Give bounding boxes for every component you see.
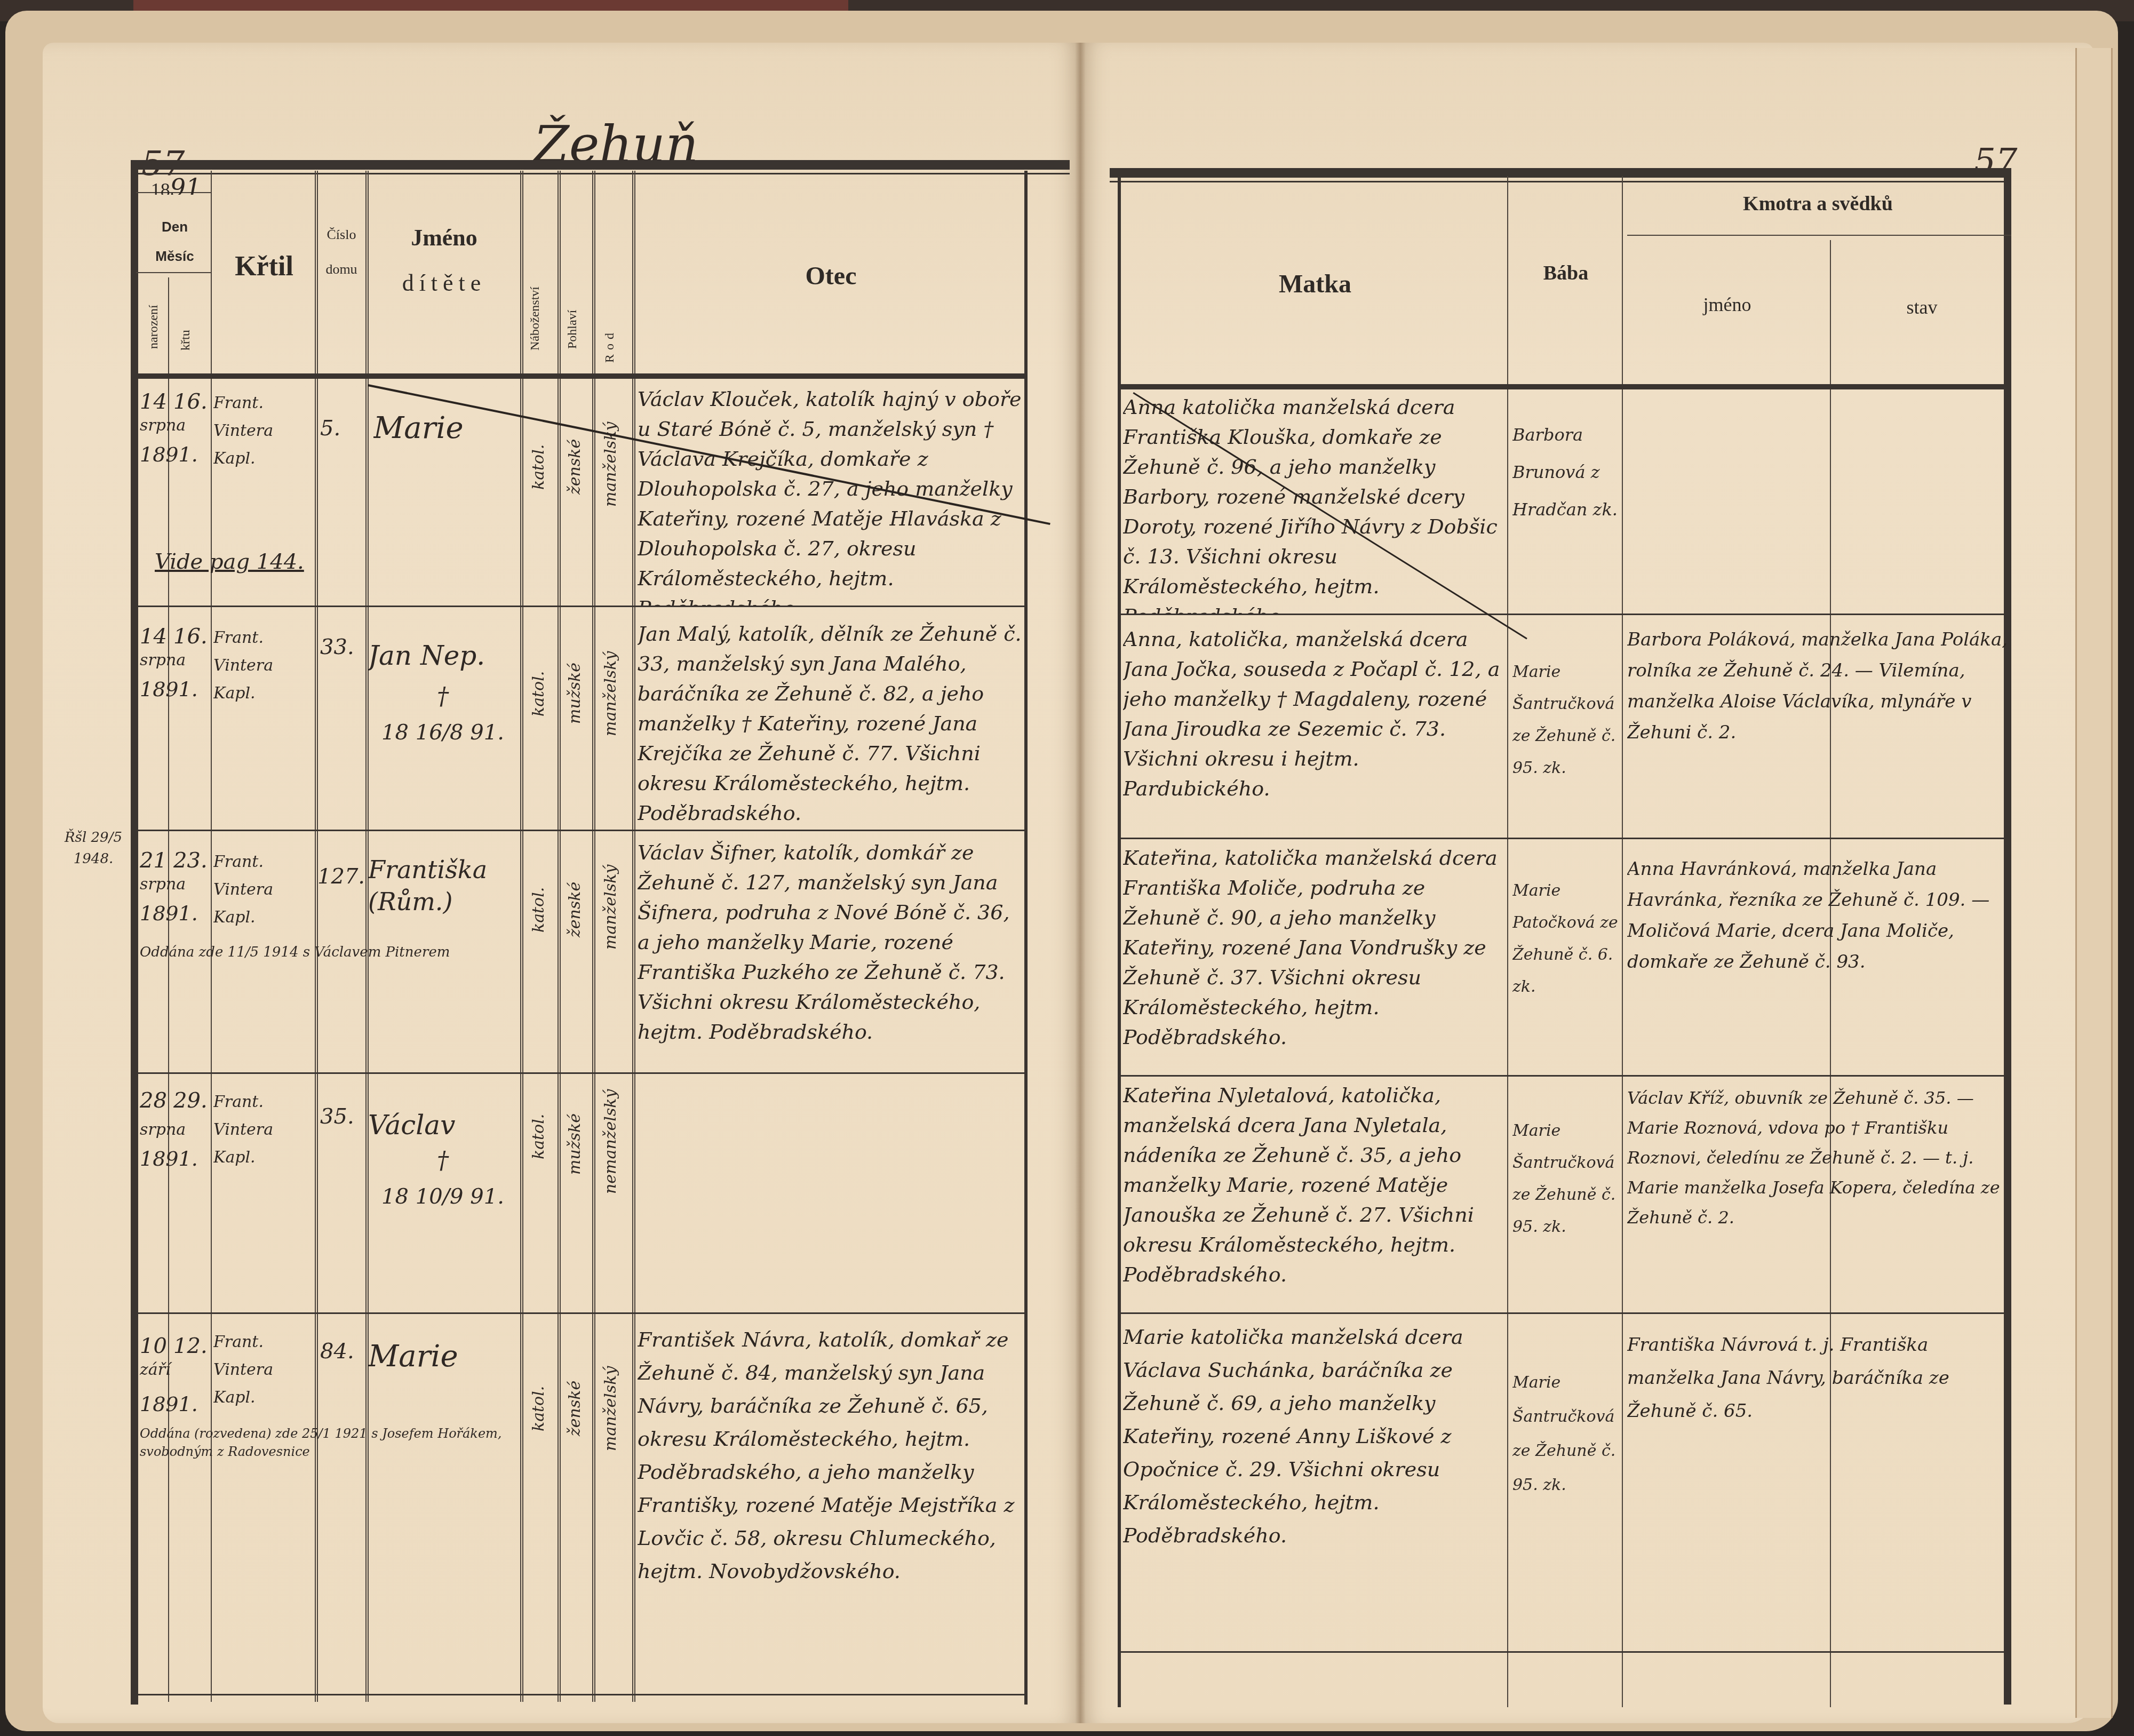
entry-note: Vide pag 144. [155, 550, 368, 574]
entry-cislo-domu: 5. [320, 416, 363, 441]
entry-kmotr-jmeno: Václav Kříž, obuvník ze Žehuně č. 35. — … [1627, 1083, 2009, 1310]
entry-rod: manželský [600, 635, 624, 752]
entry-krtil: Frant. Vintera Kapl. [213, 624, 312, 707]
entry-cislo-domu: 127. [317, 864, 365, 889]
header-rod: Rod [603, 320, 624, 371]
header-kmotra-jmeno: jméno [1625, 293, 1830, 316]
year-label: 1891 [144, 173, 208, 195]
header-domu: domu [317, 261, 365, 277]
entry-krtu: 29. [173, 1088, 208, 1113]
entry-rod: manželský [600, 848, 624, 966]
entry-nabozenstvi: katol. [528, 1083, 552, 1190]
entry-pohlavi: ženské [564, 405, 588, 528]
entry-cislo-domu: 84. [320, 1339, 363, 1364]
entry-nabozenstvi: katol. [528, 635, 552, 752]
header-mesic: Měsíc [141, 248, 208, 265]
entry-krtu: 23. [173, 848, 208, 873]
header-den: Den [141, 219, 208, 235]
entry-krtu: 16. [173, 624, 208, 649]
header-krtu: křtu [179, 309, 197, 371]
entry-krtu: 16. [173, 389, 208, 414]
entry-baba: Marie Šantručková ze Žehuně č. 95. zk. [1512, 1366, 1619, 1502]
entry-mesic: srpna [140, 1120, 209, 1139]
entry-rok: 1891. [140, 678, 209, 701]
header-nabozenstvi: Náboženství [528, 267, 550, 371]
entry-baba: Marie Šantručková ze Žehuně č. 95. zk. [1512, 656, 1619, 784]
entry-matka: Kateřina Nyletalová, katolička, manželsk… [1123, 1080, 1504, 1310]
margin-note: Řšl 29/5 1948. [51, 827, 136, 870]
entry-rok: 1891. [140, 443, 209, 466]
entry-narozeni: 14. [140, 624, 169, 649]
header-baba: Bába [1510, 261, 1622, 285]
entry-krtil: Frant. Vintera Kapl. [213, 389, 312, 473]
entry-mesic: srpna [140, 416, 209, 435]
header-matka: Matka [1123, 269, 1507, 299]
entry-otec [638, 1080, 1022, 1310]
entry-narozeni: 14. [140, 389, 169, 414]
entry-otec: František Návra, katolík, domkař ze Žehu… [638, 1323, 1022, 1691]
entry-cislo-domu: 33. [320, 635, 363, 659]
entry-mesic: srpna [140, 651, 209, 670]
header-cislo: Číslo [317, 227, 365, 243]
entry-mesic: září [140, 1360, 209, 1379]
entry-pohlavi: ženské [564, 854, 588, 966]
entry-jmeno: Marie [373, 411, 517, 445]
entry-rod: nemanželský [600, 1078, 624, 1206]
entry-rok: 1891. [140, 1392, 209, 1416]
entry-matka: Anna katolička manželská dcera Františka… [1123, 392, 1504, 614]
entry-mesic: srpna [140, 875, 209, 894]
entry-rod: manželský [600, 400, 624, 528]
entry-pohlavi: ženské [564, 1355, 588, 1462]
entry-kmotr-jmeno: Barbora Poláková, manželka Jana Poláka, … [1627, 624, 2009, 835]
entry-kmotr-jmeno: Františka Návrová t. j. Františka manžel… [1627, 1328, 2009, 1595]
entry-otec: Václav Klouček, katolík hajný v oboře u … [638, 384, 1022, 606]
entry-krtil: Frant. Vintera Kapl. [213, 1088, 312, 1172]
entry-kmotr-jmeno: Anna Havránková, manželka Jana Havránka,… [1627, 854, 2009, 1072]
header-ditete: dítěte [368, 269, 520, 297]
entry-rok: 1891. [140, 902, 209, 925]
entry-narozeni: 10. [140, 1334, 169, 1358]
entry-jmeno: Jan Nep. [368, 640, 517, 671]
entry-jmeno: Václav [368, 1110, 517, 1141]
book-gutter [1075, 43, 1086, 1723]
entry-jmeno: Františka (Rům.) [368, 854, 517, 918]
entry-matka: Kateřina, katolička manželská dcera Fran… [1123, 843, 1504, 1075]
header-kmotra: Kmotra a svědků [1625, 192, 2011, 216]
header-otec: Otec [638, 261, 1024, 291]
entry-rod: manželský [600, 1355, 624, 1462]
entry-cislo-domu: 35. [320, 1104, 363, 1129]
entry-krtu: 12. [173, 1334, 208, 1358]
entry-narozeni: 21. [140, 848, 169, 873]
entry-matka: Anna, katolička, manželská dcera Jana Jo… [1123, 624, 1504, 835]
entry-krtil: Frant. Vintera Kapl. [213, 848, 312, 931]
entry-otec: Jan Malý, katolík, dělník ze Žehuně č. 3… [638, 619, 1022, 830]
entry-note: Oddána (rozvedena) zde 25/1 1921 s Josef… [140, 1424, 524, 1461]
death-cross-icon: † [368, 1147, 517, 1174]
entry-nabozenstvi: katol. [528, 854, 552, 966]
entry-narozeni: 28. [140, 1088, 169, 1113]
entry-matka: Marie katolička manželská dcera Václava … [1123, 1320, 1504, 1649]
year-suffix: 91 [170, 173, 202, 195]
entry-otec: Václav Šifner, katolík, domkář ze Žehuně… [638, 838, 1022, 1070]
entry-baba: Marie Patočková ze Žehuně č. 6. zk. [1512, 875, 1619, 1003]
entry-note: Oddána zde 11/5 1914 s Václavem Pitnerem [140, 944, 524, 960]
header-jmeno: Jméno [368, 224, 520, 251]
entry-nabozenstvi: katol. [528, 1355, 552, 1462]
entry-jmeno: Marie [368, 1339, 517, 1374]
header-pohlavi: Pohlaví [566, 288, 587, 371]
entry-nabozenstvi: katol. [528, 405, 552, 528]
entry-death-date: 18 16/8 91. [368, 720, 517, 745]
entry-baba: Barbora Brunová z Hradčan zk. [1512, 416, 1619, 528]
header-kmotra-stav: stav [1833, 296, 2011, 318]
year-prefix: 18 [151, 179, 170, 195]
entry-pohlavi: mužské [564, 1083, 588, 1206]
entry-pohlavi: mužské [564, 635, 588, 752]
entry-baba: Marie Šantručková ze Žehuně č. 95. zk. [1512, 1115, 1619, 1243]
entry-death-date: 18 10/9 91. [368, 1184, 517, 1209]
page-edges [2075, 48, 2113, 1718]
death-cross-icon: † [368, 683, 517, 710]
entry-rok: 1891. [140, 1147, 209, 1170]
entry-krtil: Frant. Vintera Kapl. [213, 1328, 312, 1412]
header-narozeni: narození [147, 283, 165, 371]
header-krtil: Křtil [213, 251, 315, 282]
